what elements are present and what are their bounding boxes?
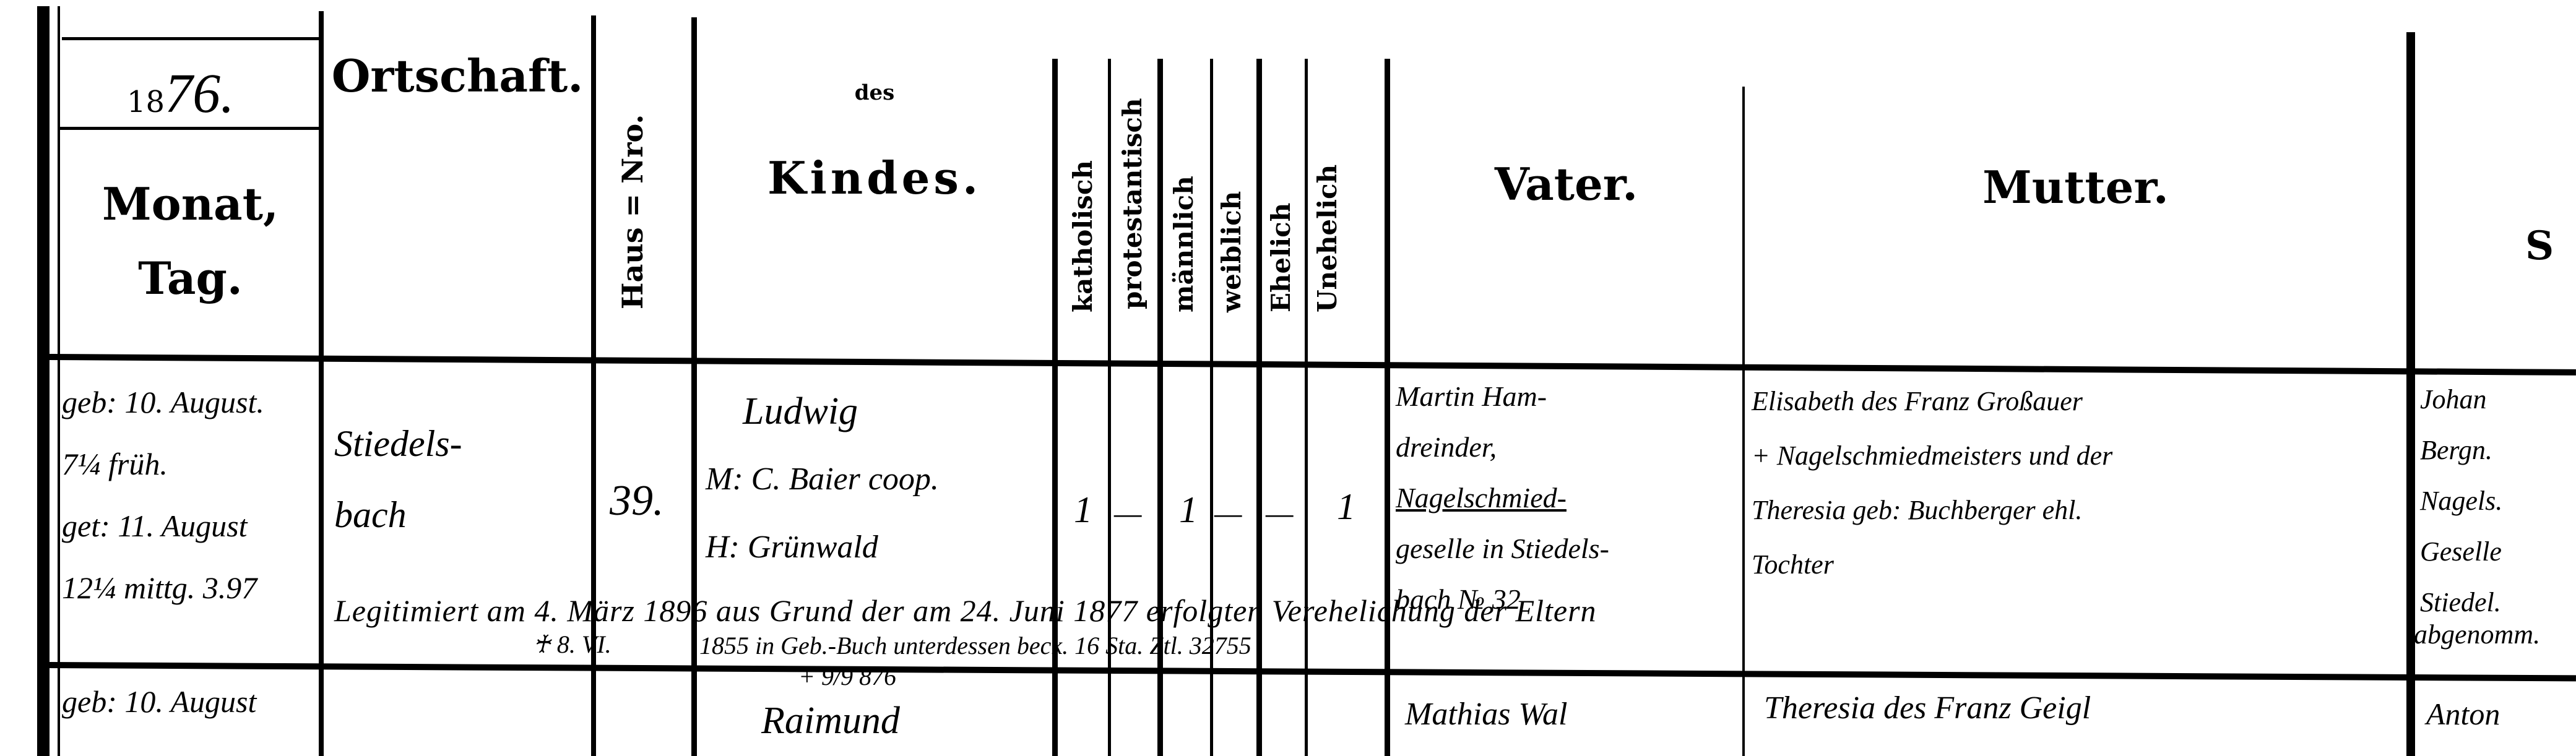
row1-katholisch: 1	[1074, 489, 1092, 531]
header-unehelich: Unehelich	[1312, 165, 1342, 312]
birth-date: geb: 10. August.	[62, 371, 264, 433]
father-line: geselle in Stiedels-	[1396, 523, 1609, 574]
header-next-partial: S	[2525, 223, 2554, 269]
row1-child: Ludwig M: C. Baier coop. H: Grünwald	[706, 377, 1049, 582]
row2-father: Mathias Wal	[1405, 696, 1567, 732]
row1-unehelich: 1	[1337, 486, 1355, 528]
header-bottom-rule	[50, 354, 2576, 376]
row2-mother: Theresia des Franz Geigl	[1764, 690, 2091, 726]
place-line: bach	[334, 479, 462, 551]
header-weiblich: weiblich	[1216, 191, 1247, 312]
year-handwritten: 76.	[165, 63, 235, 124]
left-thick-border	[37, 6, 50, 756]
header-month-day: Monat, Tag.	[62, 167, 319, 316]
place-line: Stiedels-	[334, 408, 462, 479]
child-name: Ludwig	[706, 377, 1049, 445]
birth-time: 7¼ früh.	[62, 433, 264, 495]
godparent-line: Nagels.	[2420, 476, 2502, 526]
col-border-ehel-unehel	[1305, 59, 1308, 756]
legitimation-note: Legitimiert am 4. März 1896 aus Grund de…	[334, 593, 1597, 629]
header-place: Ortschaft.	[324, 49, 591, 102]
row1-place: Stiedels- bach	[334, 408, 462, 551]
mother-line: Theresia geb: Buchberger ehl.	[1752, 483, 2112, 538]
left-thin-border	[58, 6, 60, 756]
row2-child: Raimund	[761, 699, 900, 743]
header-day: Tag.	[62, 241, 319, 316]
col-border-female-ehel	[1256, 59, 1262, 756]
baptism-time: 12¼ mittg. 3.97	[62, 557, 264, 619]
year-printed: 18	[127, 85, 165, 119]
header-mother: Mutter.	[1745, 161, 2406, 213]
father-line: Martin Ham-	[1396, 371, 1609, 422]
col-border-house-child	[691, 17, 697, 756]
row1-bottom-rule	[50, 662, 2576, 681]
col-border-date-place	[319, 11, 324, 756]
header-father: Vater.	[1390, 158, 1742, 210]
father-line: dreinder,	[1396, 422, 1609, 473]
row2-death-note: + 9/9 876	[798, 662, 896, 691]
father-line: Nagelschmied-	[1396, 473, 1609, 523]
mother-line: + Nagelschmiedmeisters und der	[1752, 429, 2112, 483]
godparent-ref: H: Grünwald	[706, 513, 1049, 582]
midwife: M: C. Baier coop.	[706, 445, 1049, 513]
godparent-line: Johan	[2420, 374, 2502, 425]
header-ehelich: Ehelich	[1266, 203, 1296, 312]
mother-line: Tochter	[1752, 538, 2112, 592]
header-protestantisch: protestantisch	[1117, 98, 1148, 309]
legitimation-note-line2: 1855 in Geb.-Buch unterdessen beck. 16 S…	[699, 631, 1251, 660]
mother-line: Elisabeth des Franz Großauer	[1752, 374, 2112, 429]
godparent-line: Geselle	[2420, 526, 2502, 577]
year-rule-bottom	[59, 127, 319, 130]
header-month: Monat,	[62, 167, 319, 241]
row1-maennlich: 1	[1179, 489, 1198, 531]
header-child: Kindes.	[697, 152, 1052, 204]
row1-ehelich: —	[1266, 495, 1293, 531]
row1-protestantisch: —	[1114, 495, 1141, 531]
header-katholisch: katholisch	[1068, 160, 1098, 312]
row1-father: Martin Ham- dreinder, Nagelschmied- gese…	[1396, 371, 1609, 625]
row1-house-no: 39.	[610, 476, 664, 526]
row1-godparent-partial: Johan Bergn. Nagels. Geselle Stiedel.	[2420, 374, 2502, 628]
header-maennlich: männlich	[1169, 176, 1199, 312]
legitimation-note-marks: ♰ 8. VI.	[532, 630, 612, 659]
header-child-top: des	[697, 80, 1052, 105]
row2-godparent-partial: Anton	[2426, 696, 2500, 732]
godparent-line: Bergn.	[2420, 425, 2502, 476]
header-year: 1876.	[127, 62, 235, 126]
header-house-no: Haus = Nro.	[616, 114, 649, 309]
legitimation-note-tail: abgenomm.	[2414, 619, 2540, 650]
row1-date: geb: 10. August. 7¼ früh. get: 11. Augus…	[62, 371, 264, 619]
row2-date: geb: 10. August	[62, 684, 256, 719]
col-border-unehel-father	[1385, 59, 1390, 756]
year-rule-top	[62, 37, 319, 40]
row1-mother: Elisabeth des Franz Großauer + Nagelschm…	[1752, 374, 2112, 592]
baptism-date: get: 11. August	[62, 495, 264, 557]
row1-weiblich: —	[1214, 495, 1242, 531]
